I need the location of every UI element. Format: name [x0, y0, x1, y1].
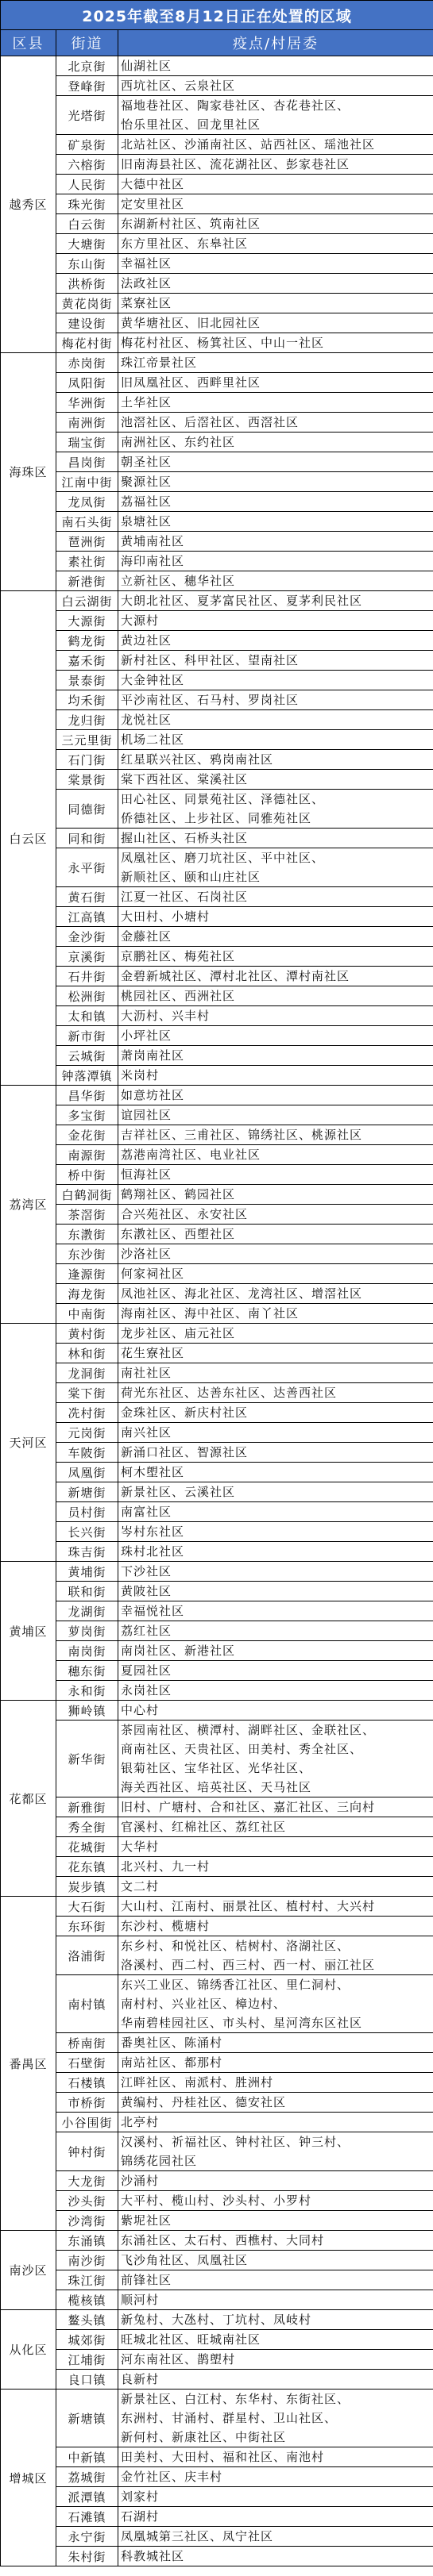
street-cell: 六榕街: [56, 155, 118, 175]
spots-line: 河东南社区、鹊塱村: [121, 2350, 433, 2369]
table-row: 梅花村街梅花村社区、杨箕社区、中山一社区: [1, 333, 433, 353]
street-cell: 海龙街: [56, 1284, 118, 1304]
spots-line: 南村村、兴业社区、樟边村、: [121, 1994, 433, 2013]
street-cell: 龙湖街: [56, 1601, 118, 1621]
spots-cell: 河东南社区、鹊塱村: [118, 2350, 433, 2370]
table-row: 从化区鳌头镇新兔村、大氹村、丁坑村、凤岐村: [1, 2310, 433, 2330]
table-row: 昌岗街朝圣社区: [1, 452, 433, 472]
street-cell: 长兴街: [56, 1522, 118, 1542]
spots-cell: 仙湖社区: [118, 56, 433, 76]
table-row: 花城街大华村: [1, 1837, 433, 1857]
street-cell: 茶滘街: [56, 1205, 118, 1225]
spots-cell: 江畔社区、南派村、胜洲村: [118, 2073, 433, 2093]
street-cell: 京溪街: [56, 947, 118, 967]
district-cell: 从化区: [1, 2310, 56, 2390]
table-row: 龙归街龙悦社区: [1, 710, 433, 730]
spots-line: 飞沙角社区、凤凰社区: [121, 2251, 433, 2270]
street-cell: 新雅街: [56, 1797, 118, 1817]
table-row: 大塘街东方里社区、东皋社区: [1, 234, 433, 254]
spots-cell: 法政社区: [118, 274, 433, 294]
spots-line: 中心村: [121, 1701, 433, 1720]
table-row: 棠下街荷光东社区、达善东社区、达善西社区: [1, 1383, 433, 1403]
spots-line: 沙洛社区: [121, 1244, 433, 1263]
table-row: 六榕街旧南海县社区、流花湖社区、彭家巷社区: [1, 155, 433, 175]
spots-line: 旧南海县社区、流花湖社区、彭家巷社区: [121, 155, 433, 174]
spots-line: 法政社区: [121, 274, 433, 293]
street-cell: 珠吉街: [56, 1542, 118, 1562]
spots-line: 下沙社区: [121, 1562, 433, 1581]
table-row: 洪桥街法政社区: [1, 274, 433, 294]
street-cell: 同和街: [56, 829, 118, 848]
spots-line: 新景社区、云溪社区: [121, 1482, 433, 1501]
table-row: 大龙街沙涌村: [1, 2171, 433, 2191]
table-row: 登峰街西坑社区、云泉社区: [1, 76, 433, 96]
street-cell: 同德街: [56, 790, 118, 829]
street-cell: 鹤龙街: [56, 631, 118, 651]
spots-cell: 南洲社区、东约社区: [118, 433, 433, 452]
table-row: 素社街海印南社区: [1, 552, 433, 571]
column-header-district: 区县: [1, 30, 56, 56]
spots-cell: 良新村: [118, 2370, 433, 2390]
spots-cell: 珠村北社区: [118, 1542, 433, 1562]
table-row: 花东镇北兴村、九一村: [1, 1857, 433, 1877]
spots-line: 吉祥社区、三甫社区、锦绣社区、桃源社区: [121, 1125, 433, 1144]
table-row: 矿泉街北站社区、沙涌南社区、站西社区、瑶池社区: [1, 135, 433, 155]
spots-cell: 沙洛社区: [118, 1244, 433, 1264]
spots-line: 南兴社区: [121, 1423, 433, 1442]
table-row: 沙头街大平村、榄山村、沙头村、小罗村: [1, 2191, 433, 2211]
street-cell: 冼村街: [56, 1403, 118, 1423]
table-title: 2025年截至8月12日正在处置的区域: [1, 1, 433, 30]
spots-line: 大德中社区: [121, 175, 433, 194]
table-row: 沙湾街紫坭社区: [1, 2211, 433, 2231]
spots-line: 黄陂社区: [121, 1582, 433, 1601]
street-cell: 珠光街: [56, 194, 118, 214]
table-row: 建设街黄华塘社区、旧北园社区: [1, 313, 433, 333]
spots-cell: 机场二社区: [118, 730, 433, 750]
street-cell: 朱村街: [56, 2547, 118, 2566]
spots-cell: 中心村: [118, 1701, 433, 1721]
spots-line: 南洲社区、东约社区: [121, 433, 433, 452]
spots-cell: 旺城北社区、旺城南社区: [118, 2330, 433, 2350]
table-row: 均禾街平沙南社区、石马村、罗岗社区: [1, 690, 433, 710]
street-cell: 瑞宝街: [56, 433, 118, 452]
street-cell: 北京街: [56, 56, 118, 76]
spots-line: 土华社区: [121, 393, 433, 412]
table-row: 新雅街旧村、广塘村、合和社区、嘉汇社区、三向村: [1, 1797, 433, 1817]
street-cell: 江高镇: [56, 907, 118, 927]
spots-cell: 番奥社区、陈涌村: [118, 2033, 433, 2053]
table-row: 中新镇田美村、大田村、福和社区、南池村: [1, 2447, 433, 2467]
table-row: 珠江街前锋社区: [1, 2270, 433, 2290]
table-row: 长兴街岑村东社区: [1, 1522, 433, 1542]
table-row: 同和街握山社区、石桥头社区: [1, 829, 433, 848]
street-cell: 逢源街: [56, 1264, 118, 1284]
table-row: 石滩镇石湖村: [1, 2507, 433, 2527]
street-cell: 黄石街: [56, 887, 118, 907]
district-cell: 越秀区: [1, 56, 56, 353]
street-cell: 狮岭镇: [56, 1701, 118, 1721]
table-row: 逢源街何家祠社区: [1, 1264, 433, 1284]
table-row: 东漖街东漖社区、西塱社区: [1, 1225, 433, 1244]
table-row: 荔城街金竹社区、庆丰村: [1, 2467, 433, 2487]
spots-line: 北亭村: [121, 2113, 433, 2132]
spots-line: 京鹏社区、梅苑社区: [121, 947, 433, 966]
street-cell: 花城街: [56, 1837, 118, 1857]
street-cell: 炭步镇: [56, 1877, 118, 1897]
spots-cell: 大源村: [118, 611, 433, 631]
street-cell: 赤岗街: [56, 353, 118, 373]
table-row: 萝岗街荔红社区: [1, 1621, 433, 1641]
street-cell: 桥南街: [56, 2033, 118, 2053]
street-cell: 石滩镇: [56, 2507, 118, 2527]
spots-line: 石湖村: [121, 2507, 433, 2526]
table-row: 南村镇东兴工业区、锦绣香江社区、里仁洞村、南村村、兴业社区、樟边村、华南碧桂园社…: [1, 1975, 433, 2033]
spots-cell: 下沙社区: [118, 1562, 433, 1582]
spots-line: 米岗村: [121, 1066, 433, 1085]
spots-cell: 大沥村、兴丰村: [118, 1006, 433, 1026]
street-cell: 萝岗街: [56, 1621, 118, 1641]
table-row: 白云区白云湖街大朗北社区、夏茅富民社区、夏茅利民社区: [1, 591, 433, 611]
district-cell: 黄埔区: [1, 1562, 56, 1701]
spots-line: 福地巷社区、陶家巷社区、杏花巷社区、: [121, 96, 433, 115]
street-cell: 钟村街: [56, 2132, 118, 2171]
spots-line: 大平村、榄山村、沙头村、小罗村: [121, 2191, 433, 2210]
spots-cell: 新景社区、白江村、东华村、东街社区、东洲村、甘涌村、群星村、卫山社区、新何村、新…: [118, 2390, 433, 2447]
spots-line: 文二村: [121, 1877, 433, 1896]
street-cell: 梅花村街: [56, 333, 118, 353]
table-row: 洛浦街东乡村、和悦社区、桔树村、洛湖社区、洛溪村、西二村、西三村、西一村、丽江社…: [1, 1936, 433, 1975]
street-cell: 矿泉街: [56, 135, 118, 155]
spots-line: 新顺社区、颐和山庄社区: [121, 867, 433, 886]
street-cell: 琶洲街: [56, 532, 118, 552]
column-header-spots: 疫点/村居委: [118, 30, 433, 56]
spots-cell: 新村社区、科甲社区、望南社区: [118, 651, 433, 671]
spots-cell: 田心社区、同景苑社区、泽德社区、侨德社区、上步社区、同雅苑社区: [118, 790, 433, 829]
spots-line: 新村社区、科甲社区、望南社区: [121, 651, 433, 670]
street-cell: 江南中街: [56, 472, 118, 492]
street-cell: 江埔街: [56, 2350, 118, 2370]
table-row: 东山街幸福社区: [1, 254, 433, 274]
street-cell: 嘉禾街: [56, 651, 118, 671]
spots-cell: 朝圣社区: [118, 452, 433, 472]
spots-cell: 东湖新村社区、筑南社区: [118, 214, 433, 234]
spots-cell: 黄埔南社区: [118, 532, 433, 552]
spots-cell: 大金钟社区: [118, 671, 433, 690]
table-row: 花都区狮岭镇中心村: [1, 1701, 433, 1721]
spots-line: 南岗社区、新港社区: [121, 1641, 433, 1660]
spots-cell: 文二村: [118, 1877, 433, 1897]
table-row: 良口镇良新村: [1, 2370, 433, 2390]
street-cell: 多宝街: [56, 1105, 118, 1125]
table-row: 桥中街恒海社区: [1, 1165, 433, 1185]
spots-line: 幸福社区: [121, 254, 433, 273]
spots-line: 龙步社区、庙元社区: [121, 1324, 433, 1343]
street-cell: 员村街: [56, 1502, 118, 1522]
spots-line: 岑村东社区: [121, 1522, 433, 1541]
spots-line: 科教城社区: [121, 2547, 433, 2566]
table-row: 永和街永岗社区: [1, 1681, 433, 1701]
spots-cell: 米岗村: [118, 1066, 433, 1086]
table-row: 车陂街新涌口社区、智源社区: [1, 1443, 433, 1463]
table-row: 白云街东湖新村社区、筑南社区: [1, 214, 433, 234]
spots-line: 海关西社区、培英社区、天马社区: [121, 1778, 433, 1797]
street-cell: 市桥街: [56, 2093, 118, 2113]
table-row: 多宝街谊园社区: [1, 1105, 433, 1125]
spots-cell: 沙涌村: [118, 2171, 433, 2191]
spots-cell: 福地巷社区、陶家巷社区、杏花巷社区、怡乐里社区、回龙里社区: [118, 96, 433, 135]
spots-cell: 大平村、榄山村、沙头村、小罗村: [118, 2191, 433, 2211]
spots-line: 银菊社区、宝华社区、光华社区、: [121, 1759, 433, 1778]
spots-line: 黄编村、丹桂社区、德安社区: [121, 2093, 433, 2112]
spots-line: 朝圣社区: [121, 452, 433, 471]
spots-line: 江夏一社区、石岗社区: [121, 887, 433, 906]
spots-cell: 东漖社区、西塱社区: [118, 1225, 433, 1244]
spots-line: 东涌社区、太石村、西樵村、大同村: [121, 2231, 433, 2250]
street-cell: 中南街: [56, 1304, 118, 1324]
table-row: 龙洞街南社社区: [1, 1363, 433, 1383]
spots-line: 汉溪村、祈福社区、钟村社区、钟三村、: [121, 2132, 433, 2151]
spots-line: 大朗北社区、夏茅富民社区、夏茅利民社区: [121, 591, 433, 610]
table-row: 海珠区赤岗街珠江帝景社区: [1, 353, 433, 373]
street-cell: 凤凰街: [56, 1463, 118, 1482]
spots-line: 东乡村、和悦社区、桔树村、洛湖社区、: [121, 1936, 433, 1955]
spots-cell: 新涌口社区、智源社区: [118, 1443, 433, 1463]
spots-cell: 平沙南社区、石马村、罗岗社区: [118, 690, 433, 710]
spots-cell: 大山村、江南村、丽景社区、植村村、大兴村: [118, 1897, 433, 1917]
spots-cell: 柯木塱社区: [118, 1463, 433, 1482]
street-cell: 大石街: [56, 1897, 118, 1917]
table-row: 金沙街金藤社区: [1, 927, 433, 947]
spots-cell: 东兴工业区、锦绣香江社区、里仁洞村、南村村、兴业社区、樟边村、华南碧桂园社区、市…: [118, 1975, 433, 2033]
spots-line: 聚源社区: [121, 472, 433, 491]
table-row: 番禺区大石街大山村、江南村、丽景社区、植村村、大兴村: [1, 1897, 433, 1917]
district-cell: 海珠区: [1, 353, 56, 591]
spots-line: 何家祠社区: [121, 1264, 433, 1283]
street-cell: 南石头街: [56, 512, 118, 532]
street-cell: 花东镇: [56, 1857, 118, 1877]
street-cell: 三元里街: [56, 730, 118, 750]
street-cell: 东环街: [56, 1917, 118, 1936]
spots-cell: 茶园南社区、横潭村、湖畔社区、金联社区、商南社区、天贵社区、田美村、秀全社区、银…: [118, 1721, 433, 1797]
spots-cell: 旧村、广塘村、合和社区、嘉汇社区、三向村: [118, 1797, 433, 1817]
table-row: 江高镇大田村、小塘村: [1, 907, 433, 927]
street-cell: 棠景街: [56, 770, 118, 790]
street-cell: 华洲街: [56, 393, 118, 413]
spots-cell: 东方里社区、东皋社区: [118, 234, 433, 254]
spots-cell: 大田村、小塘村: [118, 907, 433, 927]
street-cell: 小谷围街: [56, 2113, 118, 2132]
spots-line: 夏园社区: [121, 1661, 433, 1680]
spots-line: 华南碧桂园社区、市头村、星河湾东区社区: [121, 2013, 433, 2032]
spots-cell: 萧岗南社区: [118, 1046, 433, 1066]
spots-line: 小坪社区: [121, 1026, 433, 1045]
spots-line: 田美村、大田村、福和社区、南池村: [121, 2447, 433, 2466]
spots-line: 仙湖社区: [121, 56, 433, 75]
table-row: 南洲街池滘社区、后滘社区、西滘社区: [1, 413, 433, 433]
street-cell: 石门街: [56, 750, 118, 770]
spots-line: 黄边社区: [121, 631, 433, 650]
table-row: 增城区新塘镇新景社区、白江村、东华村、东街社区、东洲村、甘涌村、群星村、卫山社区…: [1, 2390, 433, 2447]
spots-line: 南富社区: [121, 1502, 433, 1521]
spots-line: 荷光东社区、达善东社区、达善西社区: [121, 1383, 433, 1402]
street-cell: 建设街: [56, 313, 118, 333]
table-row: 太和镇大沥村、兴丰村: [1, 1006, 433, 1026]
spots-cell: 岑村东社区: [118, 1522, 433, 1542]
table-row: 南岗街南岗社区、新港社区: [1, 1641, 433, 1661]
spots-cell: 顺河村: [118, 2290, 433, 2310]
street-cell: 龙凤街: [56, 492, 118, 512]
table-row: 东环街东沙村、榄塘村: [1, 1917, 433, 1936]
spots-cell: 东沙村、榄塘村: [118, 1917, 433, 1936]
street-cell: 太和镇: [56, 1006, 118, 1026]
spots-cell: 夏园社区: [118, 1661, 433, 1681]
spots-line: 如意坊社区: [121, 1086, 433, 1105]
table-row: 永平街凤凰社区、磨刀坑社区、平中社区、新顺社区、颐和山庄社区: [1, 848, 433, 887]
spots-line: 东洲村、甘涌村、群星村、卫山社区、: [121, 2409, 433, 2428]
spots-line: 池滘社区、后滘社区、西滘社区: [121, 413, 433, 432]
spots-cell: 凤凰社区、磨刀坑社区、平中社区、新顺社区、颐和山庄社区: [118, 848, 433, 887]
table-row: 新华街茶园南社区、横潭村、湖畔社区、金联社区、商南社区、天贵社区、田美村、秀全社…: [1, 1721, 433, 1797]
street-cell: 黄村街: [56, 1324, 118, 1344]
street-cell: 钟落潭镇: [56, 1066, 118, 1086]
spots-line: 永岗社区: [121, 1681, 433, 1700]
table-row: 江南中街聚源社区: [1, 472, 433, 492]
table-body: 越秀区北京街仙湖社区登峰街西坑社区、云泉社区光塔街福地巷社区、陶家巷社区、杏花巷…: [1, 56, 433, 2566]
street-cell: 大塘街: [56, 234, 118, 254]
street-cell: 元岗街: [56, 1423, 118, 1443]
street-cell: 龙洞街: [56, 1363, 118, 1383]
spots-cell: 聚源社区: [118, 472, 433, 492]
spots-line: 茶园南社区、横潭村、湖畔社区、金联社区、: [121, 1721, 433, 1740]
spots-line: 洛溪村、西二村、西三村、西一村、丽江社区: [121, 1955, 433, 1974]
spots-line: 幸福悦社区: [121, 1601, 433, 1621]
street-cell: 云城街: [56, 1046, 118, 1066]
spots-line: 良新村: [121, 2370, 433, 2389]
street-cell: 黄埔街: [56, 1562, 118, 1582]
table-row: 市桥街黄编村、丹桂社区、德安社区: [1, 2093, 433, 2113]
street-cell: 南岗街: [56, 1641, 118, 1661]
table-row: 员村街南富社区: [1, 1502, 433, 1522]
spots-cell: 桃园社区、西洲社区: [118, 986, 433, 1006]
street-cell: 中新镇: [56, 2447, 118, 2467]
street-cell: 洪桥街: [56, 274, 118, 294]
spots-cell: 吉祥社区、三甫社区、锦绣社区、桃源社区: [118, 1125, 433, 1145]
table-row: 新市街小坪社区: [1, 1026, 433, 1046]
spots-cell: 龙悦社区: [118, 710, 433, 730]
street-cell: 永宁街: [56, 2527, 118, 2547]
street-cell: 龙归街: [56, 710, 118, 730]
table-row: 石门街红星联兴社区、鸦岗南社区: [1, 750, 433, 770]
spots-cell: 北站社区、沙涌南社区、站西社区、瑶池社区: [118, 135, 433, 155]
spots-cell: 新兔村、大氹村、丁坑村、凤岐村: [118, 2310, 433, 2330]
table-row: 龙湖街幸福悦社区: [1, 1601, 433, 1621]
street-cell: 良口镇: [56, 2370, 118, 2390]
spots-cell: 菜寮社区: [118, 294, 433, 313]
spots-cell: 旧凤凰社区、西畔里社区: [118, 373, 433, 393]
district-cell: 花都区: [1, 1701, 56, 1897]
table-row: 朱村街科教城社区: [1, 2547, 433, 2566]
spots-cell: 京鹏社区、梅苑社区: [118, 947, 433, 967]
table-row: 越秀区北京街仙湖社区: [1, 56, 433, 76]
table-row: 景泰街大金钟社区: [1, 671, 433, 690]
street-cell: 沙头街: [56, 2191, 118, 2211]
spots-line: 萧岗南社区: [121, 1046, 433, 1065]
spots-cell: 南岗社区、新港社区: [118, 1641, 433, 1661]
spots-line: 凤凰社区、磨刀坑社区、平中社区、: [121, 848, 433, 867]
table-row: 永宁街凤凰城第三社区、凤宁社区: [1, 2527, 433, 2547]
spots-cell: 凤池社区、海北社区、龙湾社区、增滘社区: [118, 1284, 433, 1304]
table-row: 珠吉街珠村北社区: [1, 1542, 433, 1562]
street-cell: 白鹤洞街: [56, 1185, 118, 1205]
spots-line: 东湖新村社区、筑南社区: [121, 214, 433, 233]
spots-cell: 珠江帝景社区: [118, 353, 433, 373]
street-cell: 鳌头镇: [56, 2310, 118, 2330]
table-row: 同德街田心社区、同景苑社区、泽德社区、侨德社区、上步社区、同雅苑社区: [1, 790, 433, 829]
spots-line: 前锋社区: [121, 2270, 433, 2290]
table-row: 黄埔区黄埔街下沙社区: [1, 1562, 433, 1582]
street-cell: 沙湾街: [56, 2211, 118, 2231]
spots-line: 西坑社区、云泉社区: [121, 76, 433, 95]
street-cell: 穗东街: [56, 1661, 118, 1681]
spots-cell: 红星联兴社区、鸦岗南社区: [118, 750, 433, 770]
spots-line: 平沙南社区、石马村、罗岗社区: [121, 690, 433, 709]
street-cell: 珠江街: [56, 2270, 118, 2290]
street-cell: 大龙街: [56, 2171, 118, 2191]
table-row: 南石头街泉塘社区: [1, 512, 433, 532]
spots-line: 怡乐里社区、回龙里社区: [121, 115, 433, 134]
street-cell: 光塔街: [56, 96, 118, 135]
street-cell: 联和街: [56, 1582, 118, 1601]
spots-line: 金碧新城社区、潭村北社区、潭村南社区: [121, 967, 433, 986]
table-row: 穗东街夏园社区: [1, 1661, 433, 1681]
table-row: 天河区黄村街龙步社区、庙元社区: [1, 1324, 433, 1344]
table-row: 京溪街京鹏社区、梅苑社区: [1, 947, 433, 967]
street-cell: 石壁街: [56, 2053, 118, 2073]
spots-line: 东方里社区、东皋社区: [121, 234, 433, 253]
street-cell: 黄花岗街: [56, 294, 118, 313]
table-row: 荔湾区昌华街如意坊社区: [1, 1086, 433, 1105]
spots-line: 凤凰城第三社区、凤宁社区: [121, 2527, 433, 2546]
table-row: 琶洲街黄埔南社区: [1, 532, 433, 552]
street-cell: 南村镇: [56, 1975, 118, 2033]
spots-line: 大沥村、兴丰村: [121, 1006, 433, 1025]
street-cell: 林和街: [56, 1344, 118, 1363]
table-row: 冼村街金珠社区、新庆村社区: [1, 1403, 433, 1423]
street-cell: 新塘镇: [56, 2390, 118, 2447]
spots-cell: 海印南社区: [118, 552, 433, 571]
spots-line: 大山村、江南村、丽景社区、植村村、大兴村: [121, 1897, 433, 1916]
spots-cell: 金竹社区、庆丰村: [118, 2467, 433, 2487]
spots-line: 金竹社区、庆丰村: [121, 2467, 433, 2486]
spots-cell: 紫坭社区: [118, 2211, 433, 2231]
spots-cell: 握山社区、石桥头社区: [118, 829, 433, 848]
street-cell: 永和街: [56, 1681, 118, 1701]
street-cell: 昌华街: [56, 1086, 118, 1105]
spots-line: 刘家村: [121, 2487, 433, 2506]
spots-cell: 汉溪村、祈福社区、钟村社区、钟三村、锦绣花园社区: [118, 2132, 433, 2171]
district-cell: 番禺区: [1, 1897, 56, 2231]
street-cell: 石楼镇: [56, 2073, 118, 2093]
table-row: 南源街荔港南湾社区、电业社区: [1, 1145, 433, 1165]
spots-line: 桃园社区、西洲社区: [121, 986, 433, 1005]
spots-line: 定安里社区: [121, 194, 433, 213]
spots-cell: 凤凰城第三社区、凤宁社区: [118, 2527, 433, 2547]
spots-line: 荔红社区: [121, 1621, 433, 1640]
table-row: 中南街海南社区、海中社区、南丫社区: [1, 1304, 433, 1324]
spots-cell: 金珠社区、新庆村社区: [118, 1403, 433, 1423]
street-cell: 新市街: [56, 1026, 118, 1046]
